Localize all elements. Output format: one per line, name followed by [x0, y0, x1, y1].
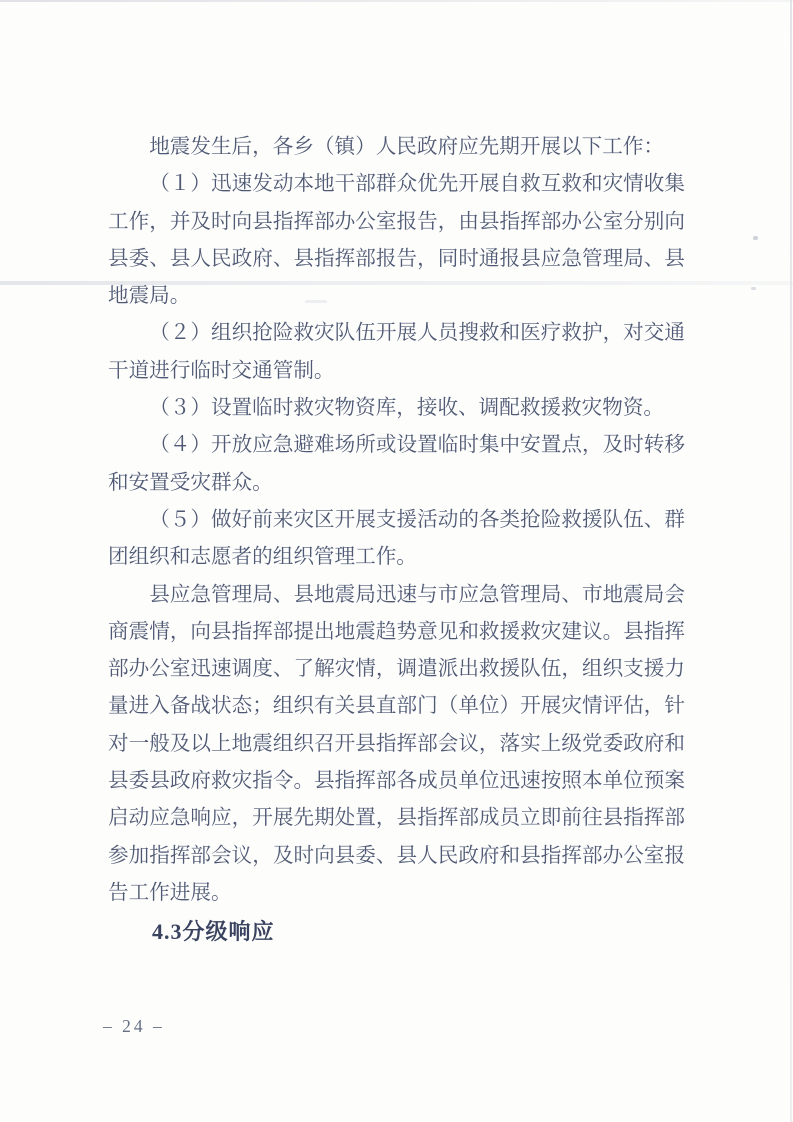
list-item-3-paragraph: （３）设置临时救灾物资库，接收、调配救援救灾物资。	[108, 390, 685, 427]
scan-speck	[753, 236, 758, 240]
list-item-2-paragraph: （２）组织抢险救灾队伍开展人员搜救和医疗救护，对交通干道进行临时交通管制。	[108, 315, 685, 390]
section-heading: 4.3分级响应	[108, 912, 685, 952]
list-item-4-paragraph: （４）开放应急避难场所或设置临时集中安置点，及时转移和安置受灾群众。	[108, 427, 685, 502]
scan-edge-right-line	[790, 0, 792, 1122]
list-item-1-paragraph: （１）迅速发动本地干部群众优先开展自救互救和灾情收集工作，并及时向县指挥部办公室…	[108, 166, 685, 315]
coordination-paragraph: 县应急管理局、县地震局迅速与市应急管理局、市地震局会商震情，向县指挥部提出地震趋…	[108, 577, 685, 913]
scan-speck	[751, 287, 756, 290]
page-number: – 24 –	[103, 1014, 165, 1038]
body-text-block: 地震发生后，各乡（镇）人民政府应先期开展以下工作： （１）迅速发动本地干部群众优…	[108, 129, 685, 952]
document-page: 地震发生后，各乡（镇）人民政府应先期开展以下工作： （１）迅速发动本地干部群众优…	[0, 0, 793, 1122]
scan-edge-top-line	[0, 0, 793, 2]
intro-paragraph: 地震发生后，各乡（镇）人民政府应先期开展以下工作：	[108, 129, 685, 166]
list-item-5-paragraph: （５）做好前来灾区开展支援活动的各类抢险救援队伍、群团组织和志愿者的组织管理工作…	[108, 502, 685, 577]
